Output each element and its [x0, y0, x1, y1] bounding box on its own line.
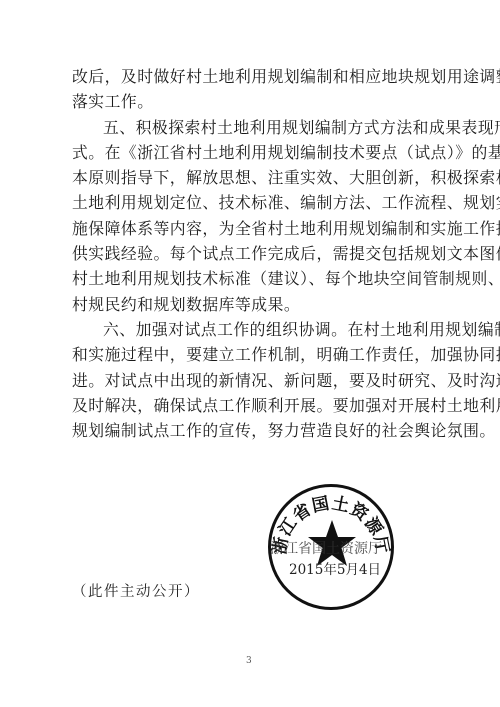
text-line: 土地利用规划定位、技术标准、编制方法、工作流程、规划实 — [72, 190, 430, 215]
text-line: 落实工作。 — [72, 89, 430, 114]
text-line: 本原则指导下，解放思想、注重实效、大胆创新，积极探索村 — [72, 165, 430, 190]
text-line: 村规民约和规划数据库等成果。 — [72, 292, 430, 317]
text-line: 改后，及时做好村土地利用规划编制和相应地块规划用途调整 — [72, 64, 430, 89]
public-disclosure-note: （此件主动公开） — [72, 580, 200, 601]
text-line: 式。在《浙江省村土地利用规划编制技术要点（试点）》的基 — [72, 140, 430, 165]
text-line: 供实践经验。每个试点工作完成后，需提交包括规划文本图件、 — [72, 241, 430, 266]
document-page: 改后，及时做好村土地利用规划编制和相应地块规划用途调整落实工作。五、积极探索村土… — [0, 0, 500, 707]
text-line: 进。对试点中出现的新情况、新问题，要及时研究、及时沟通、 — [72, 368, 430, 393]
text-line: 及时解决，确保试点工作顺利开展。要加强对开展村土地利用 — [72, 393, 430, 418]
text-line: 施保障体系等内容，为全省村土地利用规划编制和实施工作提 — [72, 216, 430, 241]
text-line: 村土地利用规划技术标准（建议）、每个地块空间管制规则、 — [72, 266, 430, 291]
text-line: 六、加强对试点工作的组织协调。在村土地利用规划编制 — [72, 317, 430, 342]
signature-organization: 浙江省国土资源厅 — [270, 538, 382, 558]
body-text: 改后，及时做好村土地利用规划编制和相应地块规划用途调整落实工作。五、积极探索村土… — [72, 64, 430, 443]
text-line: 规划编制试点工作的宣传，努力营造良好的社会舆论氛围。 — [72, 418, 430, 443]
text-line: 和实施过程中，要建立工作机制，明确工作责任，加强协同推 — [72, 342, 430, 367]
signature-date: 2015年5月4日 — [289, 558, 381, 578]
page-number: 3 — [246, 656, 252, 666]
text-line: 五、积极探索村土地利用规划编制方式方法和成果表现形 — [72, 115, 430, 140]
